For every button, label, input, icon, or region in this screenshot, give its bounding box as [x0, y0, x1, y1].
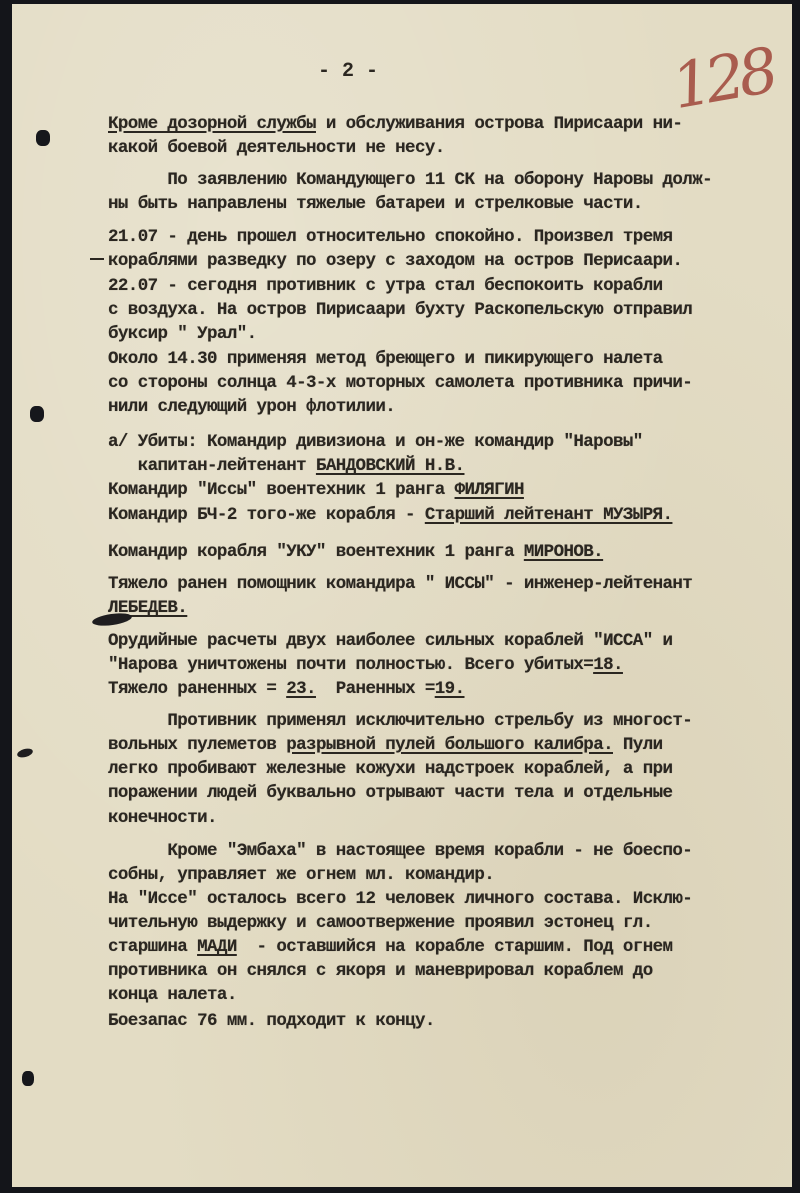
underlined-text: 18. [593, 655, 623, 675]
text-span: 22.07 - сегодня противник с утра стал бе… [108, 276, 663, 296]
text-line: По заявлению Командующего 11 СК на оборо… [108, 170, 712, 190]
text-line: противника он снялся с якоря и маневриро… [108, 961, 653, 981]
text-line: конца налета. [108, 985, 237, 1005]
margin-mark [90, 258, 104, 260]
text-line: Командир БЧ-2 того-же корабля - Старший … [108, 505, 672, 525]
text-line: буксир " Урал". [108, 324, 257, 344]
text-span: конечности. [108, 808, 217, 828]
text-span: со стороны солнца 4-3-х моторных самолет… [108, 373, 692, 393]
text-line: вольных пулеметов разрывной пулей большо… [108, 735, 663, 755]
underlined-text: 23. [286, 679, 316, 699]
text-span: какой боевой деятельности не несу. [108, 138, 445, 158]
text-line: с воздуха. На остров Пирисаари бухту Рас… [108, 300, 692, 320]
ink-smudge [16, 747, 34, 759]
text-span: ны быть направлены тяжелые батареи и стр… [108, 194, 643, 214]
text-line: собны, управляет же огнем мл. командир. [108, 865, 494, 885]
archive-folio-number: 128 [666, 34, 777, 123]
text-line: капитан-лейтенант БАНДОВСКИЙ Н.В. [108, 456, 464, 476]
text-line: Командир корабля "УКУ" воентехник 1 ранг… [108, 542, 603, 562]
text-span: Кроме "Эмбаха" в настоящее время корабли… [108, 841, 692, 861]
page-number: - 2 - [318, 60, 378, 83]
text-line: Кроме "Эмбаха" в настоящее время корабли… [108, 841, 692, 861]
text-span: Пули [613, 735, 663, 755]
text-line: кораблями разведку по озеру с заходом на… [108, 251, 682, 271]
text-span: нили следующий урон флотилии. [108, 397, 395, 417]
text-span: чительную выдержку и самоотвержение проя… [108, 913, 653, 933]
text-span: конца налета. [108, 985, 237, 1005]
text-line: чительную выдержку и самоотвержение проя… [108, 913, 653, 933]
text-span: поражении людей буквально отрывают части… [108, 783, 672, 803]
text-line: со стороны солнца 4-3-х моторных самолет… [108, 373, 692, 393]
text-line: Противник применял исключительно стрельб… [108, 711, 692, 731]
text-line: "Нарова уничтожены почти полностью. Всег… [108, 655, 623, 675]
text-line: старшина МАДИ - оставшийся на корабле ст… [108, 937, 672, 957]
text-span: По заявлению Командующего 11 СК на оборо… [108, 170, 712, 190]
underlined-text: Кроме дозорной службы [108, 114, 316, 134]
underlined-text: БАНДОВСКИЙ Н.В. [316, 456, 465, 476]
underlined-text: 19. [435, 679, 465, 699]
text-span: капитан-лейтенант [108, 456, 316, 476]
text-line: 22.07 - сегодня противник с утра стал бе… [108, 276, 663, 296]
text-span: - оставшийся на корабле старшим. Под огн… [237, 937, 673, 957]
text-line: нили следующий урон флотилии. [108, 397, 395, 417]
text-line: Командир "Иссы" воентехник 1 ранга ФИЛЯГ… [108, 480, 524, 500]
text-span: "Нарова уничтожены почти полностью. Всег… [108, 655, 593, 675]
text-span: старшина [108, 937, 197, 957]
ink-smudge [91, 611, 132, 627]
text-line: Орудийные расчеты двух наиболее сильных … [108, 631, 672, 651]
text-span: Около 14.30 применяя метод бреющего и пи… [108, 349, 663, 369]
text-line: Тяжело раненных = 23. Раненных =19. [108, 679, 465, 699]
text-line: поражении людей буквально отрывают части… [108, 783, 672, 803]
text-line: Тяжело ранен помощник командира " ИССЫ" … [108, 574, 692, 594]
text-span: противника он снялся с якоря и маневриро… [108, 961, 653, 981]
text-span: а/ Убиты: Командир дивизиона и он-же ком… [108, 432, 643, 452]
text-span: Противник применял исключительно стрельб… [108, 711, 692, 731]
text-line: Около 14.30 применяя метод бреющего и пи… [108, 349, 663, 369]
text-span: Тяжело ранен помощник командира " ИССЫ" … [108, 574, 692, 594]
text-line: ны быть направлены тяжелые батареи и стр… [108, 194, 643, 214]
text-span: собны, управляет же огнем мл. командир. [108, 865, 494, 885]
underlined-text: разрывной пулей большого калибра. [286, 735, 613, 755]
text-span: вольных пулеметов [108, 735, 286, 755]
text-line: На "Иссе" осталось всего 12 человек личн… [108, 889, 692, 909]
underlined-text: Старший лейтенант МУЗЫРЯ. [425, 505, 673, 525]
text-span: легко пробивают железные кожухи надстрое… [108, 759, 672, 779]
text-span: кораблями разведку по озеру с заходом на… [108, 251, 682, 271]
text-span: На "Иссе" осталось всего 12 человек личн… [108, 889, 692, 909]
text-line: Кроме дозорной службы и обслуживания ост… [108, 114, 682, 134]
text-line: Боезапас 76 мм. подходит к концу. [108, 1011, 435, 1031]
document-page: - 2 - 128 Кроме дозорной службы и обслуж… [12, 4, 792, 1187]
binder-hole [22, 1071, 34, 1086]
text-span: Орудийные расчеты двух наиболее сильных … [108, 631, 672, 651]
text-line: конечности. [108, 808, 217, 828]
text-span: Раненных = [316, 679, 435, 699]
text-span: Командир "Иссы" воентехник 1 ранга [108, 480, 455, 500]
underlined-text: МАДИ [197, 937, 237, 957]
text-span: с воздуха. На остров Пирисаари бухту Рас… [108, 300, 692, 320]
binder-hole [30, 406, 44, 422]
underlined-text: МИРОНОВ. [524, 542, 603, 562]
text-span: Командир корабля "УКУ" воентехник 1 ранг… [108, 542, 524, 562]
text-line: 21.07 - день прошел относительно спокойн… [108, 227, 672, 247]
text-line: а/ Убиты: Командир дивизиона и он-же ком… [108, 432, 643, 452]
text-span: Боезапас 76 мм. подходит к концу. [108, 1011, 435, 1031]
text-span: Тяжело раненных = [108, 679, 286, 699]
text-line: легко пробивают железные кожухи надстрое… [108, 759, 672, 779]
underlined-text: ФИЛЯГИН [455, 480, 524, 500]
text-span: 21.07 - день прошел относительно спокойн… [108, 227, 672, 247]
text-span: и обслуживания острова Пирисаари ни- [316, 114, 682, 134]
text-span: буксир " Урал". [108, 324, 257, 344]
binder-hole [36, 130, 50, 146]
text-line: какой боевой деятельности не несу. [108, 138, 445, 158]
text-span: Командир БЧ-2 того-же корабля - [108, 505, 425, 525]
